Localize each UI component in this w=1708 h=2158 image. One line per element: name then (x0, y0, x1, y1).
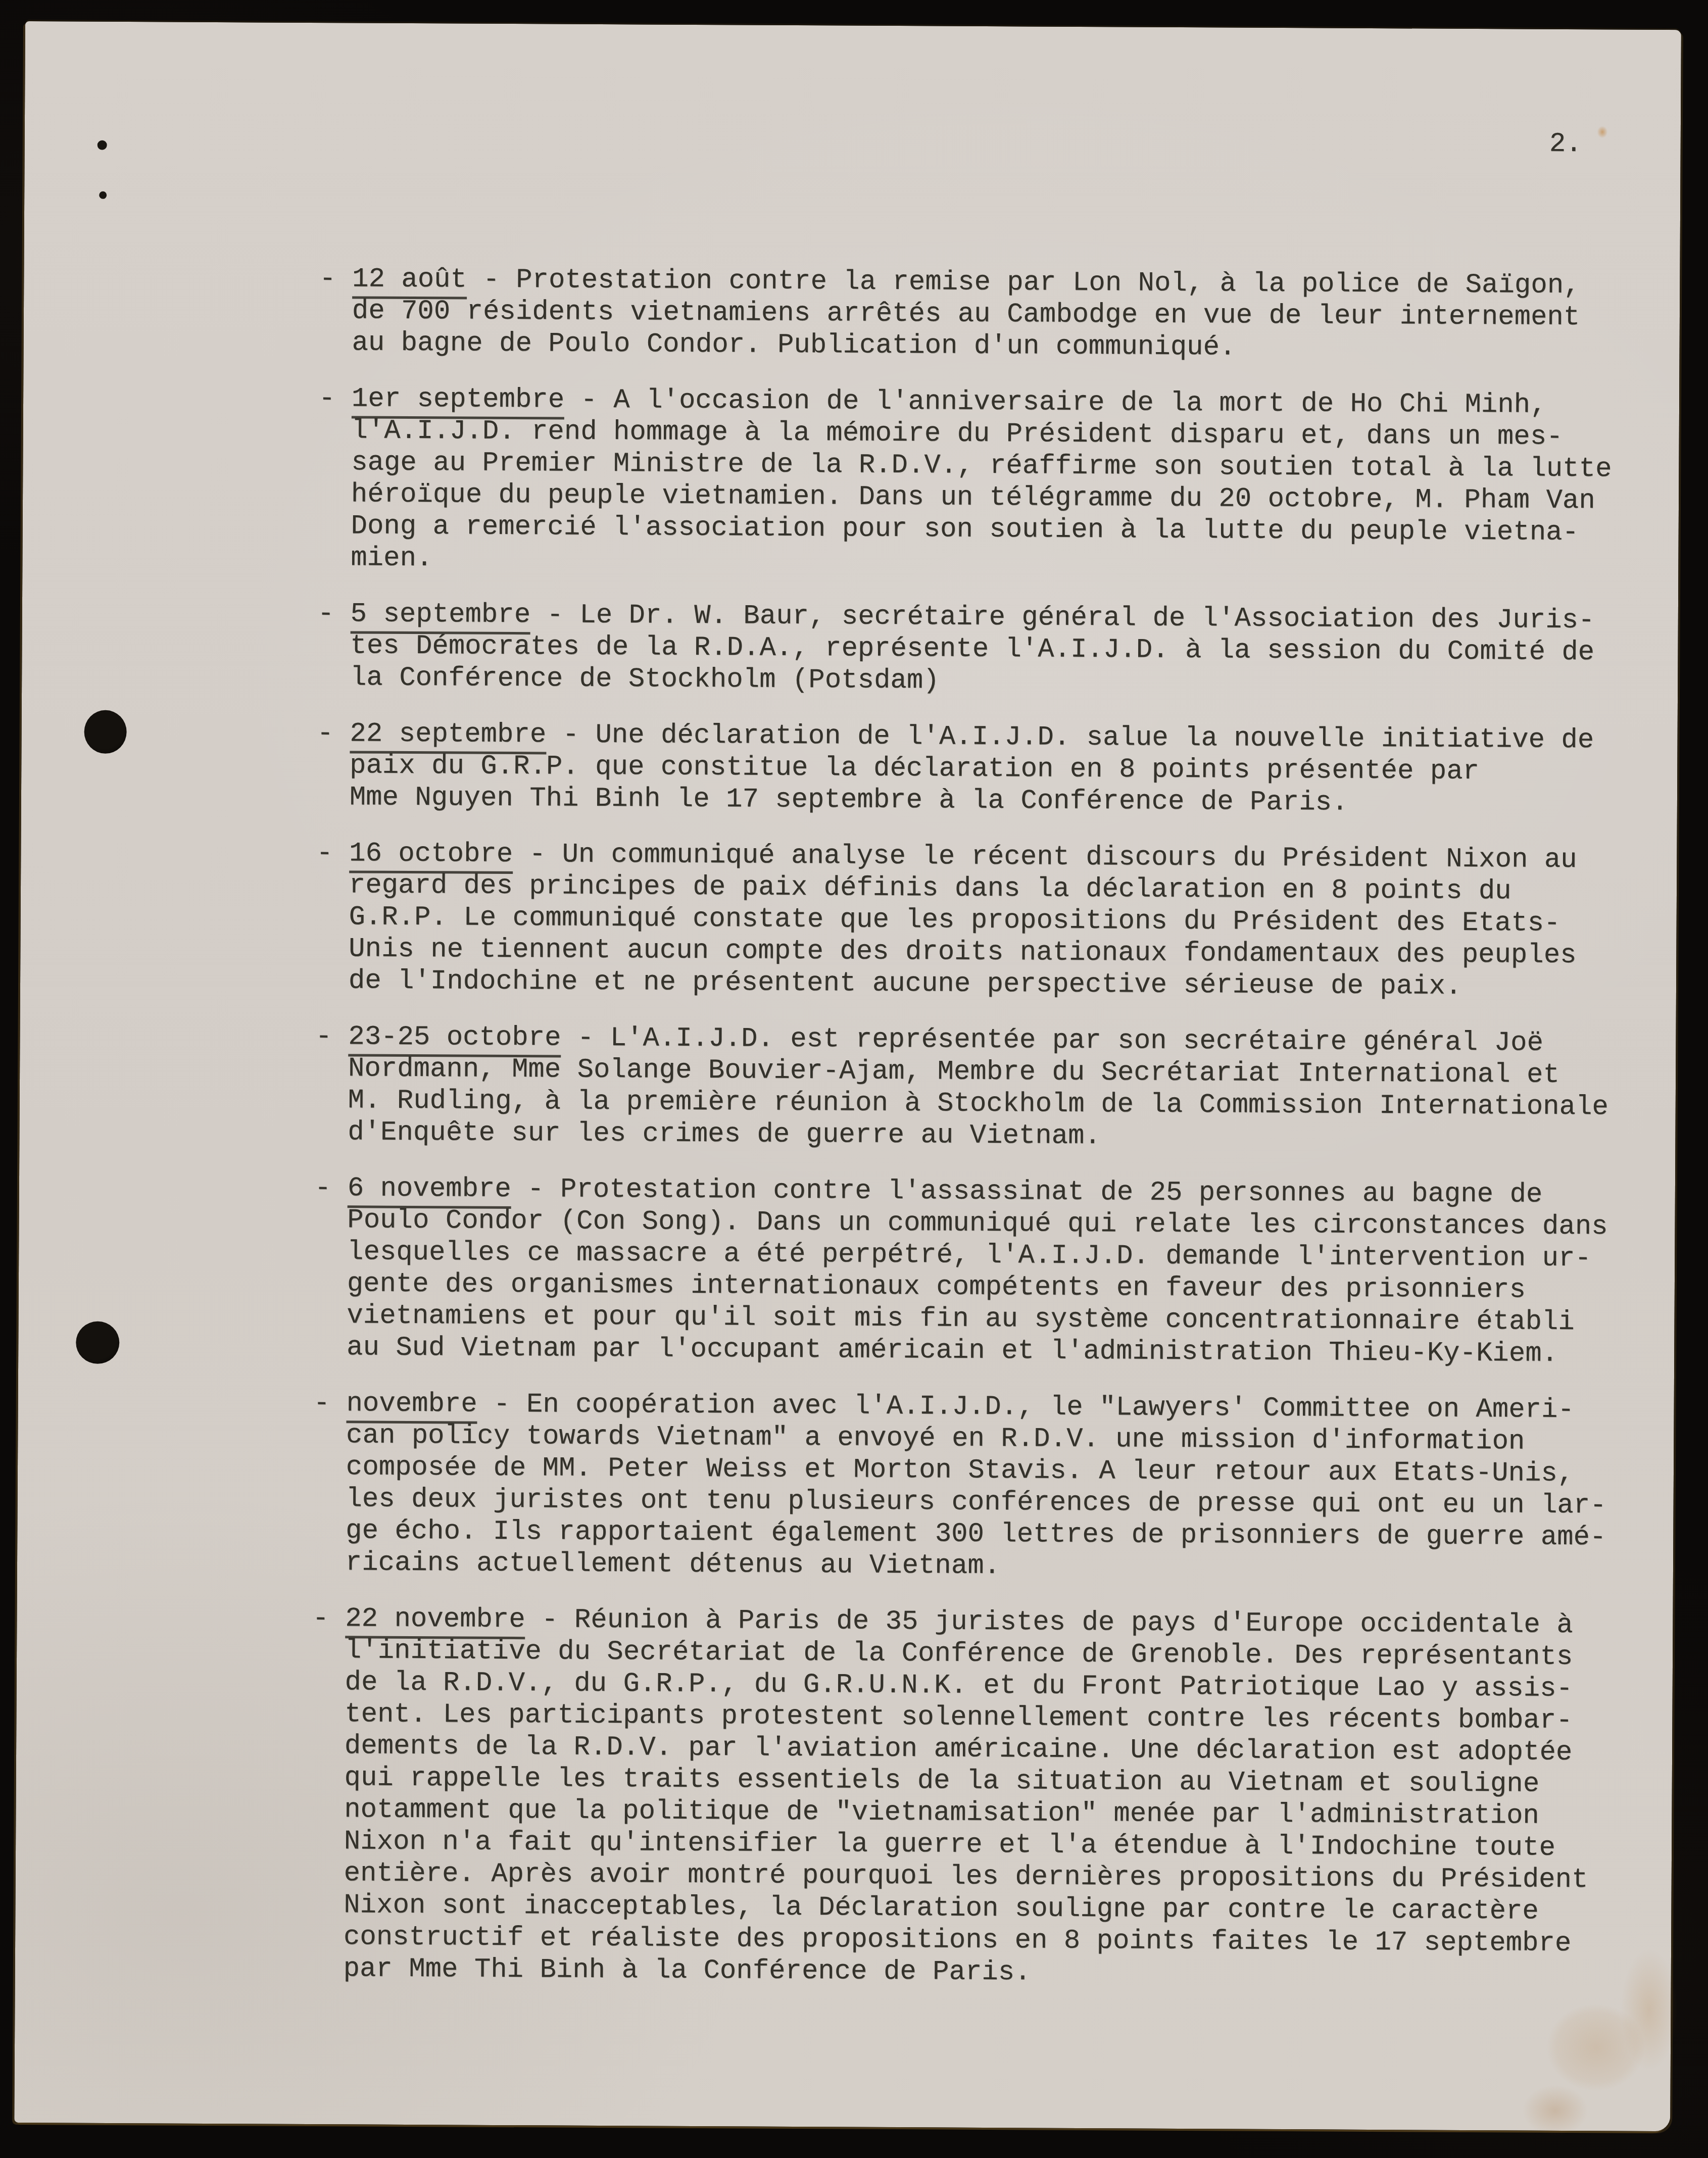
paper-speck (97, 140, 107, 150)
entry-date: 23-25 octobre (348, 1021, 561, 1057)
entry-date: 5 septembre (350, 599, 530, 634)
entry-body: - Protestation contre la remise par Lon … (352, 265, 1580, 363)
entry: - 22 septembre - Une déclaration de l'A.… (317, 718, 1656, 820)
entry-body: - En coopération avec l'A.I.J.D., le "La… (346, 1389, 1606, 1582)
entry-body: - Un communiqué analyse le récent discou… (349, 839, 1577, 1002)
entry: - 1er septembre - A l'occasion de l'anni… (318, 383, 1657, 581)
punch-hole (76, 1321, 119, 1364)
entry-body: - Protestation contre l'assassinat de 25… (347, 1174, 1608, 1369)
entry-date: 6 novembre (348, 1173, 511, 1209)
paper-stain (1596, 124, 1609, 139)
entry-list: - 12 août - Protestation contre la remis… (311, 263, 1658, 1992)
punch-hole (84, 710, 126, 754)
entry-date: 22 septembre (350, 718, 546, 754)
entry-bullet-dash: - (316, 838, 349, 869)
entry-bullet-dash: - (314, 1388, 347, 1419)
entry: - 23-25 octobre - L'A.I.J.D. est représe… (315, 1021, 1654, 1155)
entry-date: 1er septembre (352, 383, 565, 419)
page-number: 2. (1549, 128, 1582, 160)
document-page: 2. - 12 août - Protestation contre la re… (14, 21, 1681, 2131)
entry-bullet-dash: - (319, 264, 352, 295)
entry: - novembre - En coopération avec l'A.I.J… (313, 1388, 1652, 1586)
entry-bullet-dash: - (312, 1603, 345, 1634)
entry-date: 12 août (352, 264, 467, 299)
paper-speck (99, 191, 107, 199)
entry-body: - Le Dr. W. Baur, secrétaire général de … (350, 600, 1595, 696)
entry: - 16 octobre - Un communiqué analyse le … (316, 838, 1655, 1004)
entry: - 12 août - Protestation contre la remis… (319, 263, 1658, 366)
entry: - 6 novembre - Protestation contre l'ass… (314, 1172, 1653, 1370)
entry-date: novembre (346, 1388, 477, 1424)
entry-date: 22 novembre (345, 1603, 525, 1639)
entry-bullet-dash: - (318, 599, 351, 629)
entry-body: - Réunion à Paris de 35 juristes de pays… (343, 1604, 1588, 1988)
entry-bullet-dash: - (317, 718, 350, 749)
entry-date: 16 octobre (349, 838, 513, 874)
entry: - 5 septembre - Le Dr. W. Baur, secrétai… (317, 598, 1656, 701)
entry-bullet-dash: - (315, 1173, 348, 1204)
entry-bullet-dash: - (315, 1021, 348, 1052)
entry: - 22 novembre - Réunion à Paris de 35 ju… (311, 1603, 1651, 1992)
paper-stain (1530, 1989, 1662, 2106)
entry-bullet-dash: - (319, 383, 352, 414)
